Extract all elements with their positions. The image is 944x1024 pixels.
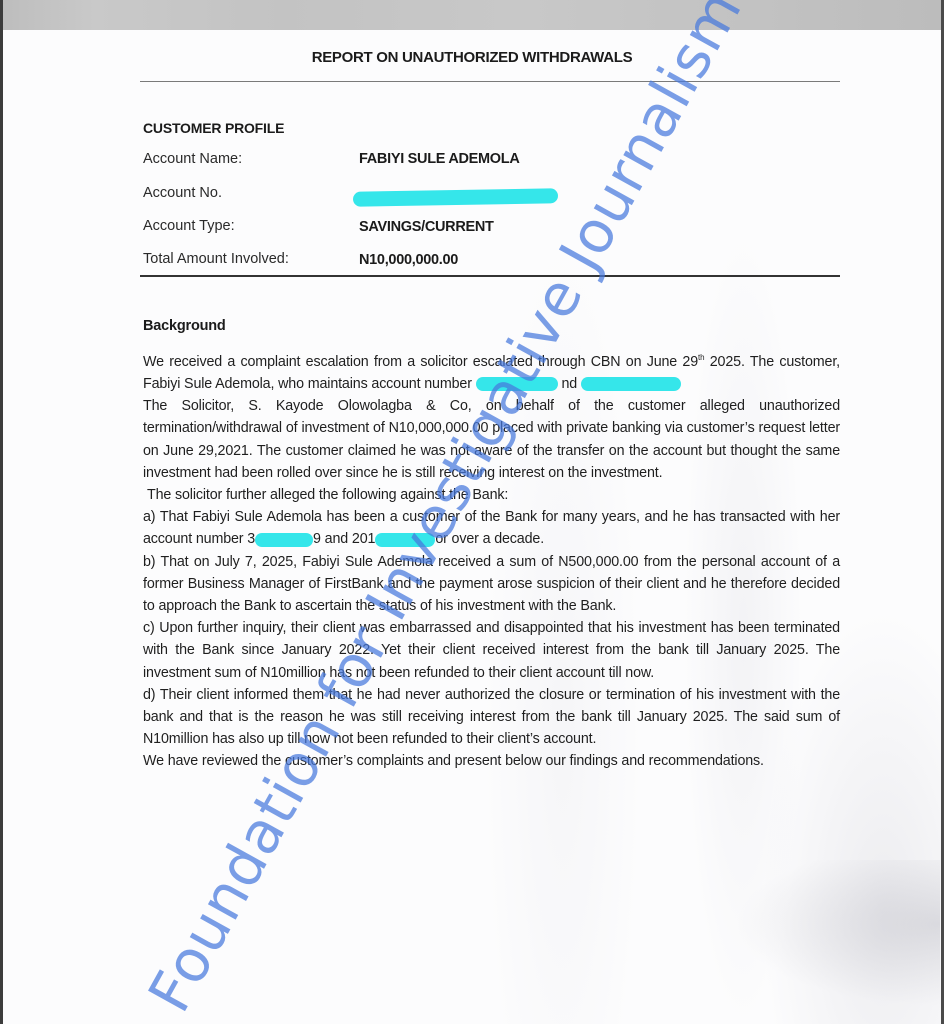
total-amount-label: Total Amount Involved: xyxy=(143,251,289,267)
account-type-label: Account Type: xyxy=(143,218,235,234)
allegations-intro: The solicitor further alleged the follow… xyxy=(143,484,840,506)
account-number-redaction-1 xyxy=(476,377,558,391)
image-top-band xyxy=(0,0,944,30)
paragraph-solicitor: The Solicitor, S. Kayode Olowolagba & Co… xyxy=(143,395,840,484)
document-title: REPORT ON UNAUTHORIZED WITHDRAWALS xyxy=(0,49,944,66)
background-body: We received a complaint escalation from … xyxy=(143,347,840,773)
allegation-b: b) That on July 7, 2025, Fabiyi Sule Ade… xyxy=(143,551,840,618)
account-name-value: FABIYI SULE ADEMOLA xyxy=(359,151,520,167)
profile-divider xyxy=(140,275,840,277)
background-heading: Background xyxy=(143,318,226,334)
title-divider xyxy=(140,81,840,82)
account-number-redaction-2 xyxy=(581,377,681,391)
customer-profile-heading: CUSTOMER PROFILE xyxy=(143,120,284,136)
paragraph-complaint: We received a complaint escalation from … xyxy=(143,347,840,395)
paper-shadow xyxy=(700,860,940,1020)
account-number-redaction-4 xyxy=(375,533,435,547)
closing-statement: We have reviewed the customer’s complain… xyxy=(143,750,840,772)
allegation-a: a) That Fabiyi Sule Ademola has been a c… xyxy=(143,506,840,550)
account-number-redaction-3 xyxy=(255,533,313,547)
allegation-c: c) Upon further inquiry, their client wa… xyxy=(143,617,840,684)
account-name-label: Account Name: xyxy=(143,151,242,167)
total-amount-value: N10,000,000.00 xyxy=(359,252,458,268)
account-no-label: Account No. xyxy=(143,185,222,201)
left-border xyxy=(0,0,3,1024)
allegation-d: d) Their client informed them that he ha… xyxy=(143,684,840,751)
account-type-value: SAVINGS/CURRENT xyxy=(359,219,494,235)
